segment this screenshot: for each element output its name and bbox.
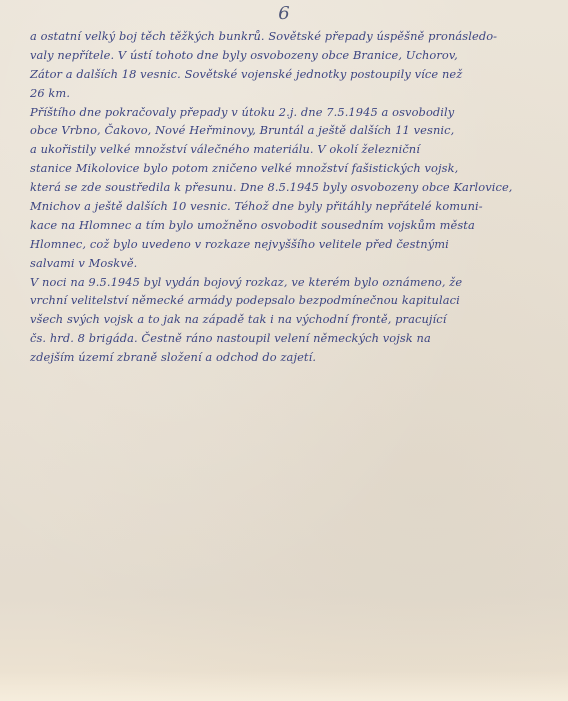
text-line: čs. hrd. 8 brigáda. Čestně ráno nastoupi… (30, 329, 542, 348)
text-line: 26 km. (30, 84, 542, 103)
text-line: vrchní velitelství německé armády podeps… (30, 291, 542, 310)
handwritten-text-body: a ostatní velký boj těch těžkých bunkrů.… (30, 27, 542, 367)
text-line: stanice Mikolovice bylo potom zničeno ve… (30, 159, 542, 178)
text-line: která se zde soustředila k přesunu. Dne … (30, 178, 542, 197)
paragraph-3: V noci na 9.5.1945 byl vydán bojový rozk… (30, 273, 542, 367)
text-line: Příštího dne pokračovaly přepady v útoku… (30, 103, 542, 122)
text-line: Zátor a dalších 18 vesnic. Sovětské voje… (30, 65, 542, 84)
text-line: obce Vrbno, Čakovo, Nové Heřminovy, Brun… (30, 121, 542, 140)
page-number: 6 (0, 3, 568, 24)
text-line: salvami v Moskvě. (30, 254, 542, 273)
text-line: všech svých vojsk a to jak na západě tak… (30, 310, 542, 329)
text-line: a ukořistily velké množství válečného ma… (30, 140, 542, 159)
paragraph-2: Příštího dne pokračovaly přepady v útoku… (30, 103, 542, 273)
chronicle-page: 6 a ostatní velký boj těch těžkých bunkr… (0, 0, 568, 701)
text-line: kace na Hlomnec a tím bylo umožněno osvo… (30, 216, 542, 235)
text-line: Mnichov a ještě dalších 10 vesnic. Téhož… (30, 197, 542, 216)
text-line: Hlomnec, což bylo uvedeno v rozkaze nejv… (30, 235, 542, 254)
text-line: a ostatní velký boj těch těžkých bunkrů.… (30, 27, 542, 46)
text-line: zdejším území zbraně složení a odchod do… (30, 348, 542, 367)
text-line: valy nepřítele. V ústí tohoto dne byly o… (30, 46, 542, 65)
paragraph-1: a ostatní velký boj těch těžkých bunkrů.… (30, 27, 542, 103)
text-line: V noci na 9.5.1945 byl vydán bojový rozk… (30, 273, 542, 292)
